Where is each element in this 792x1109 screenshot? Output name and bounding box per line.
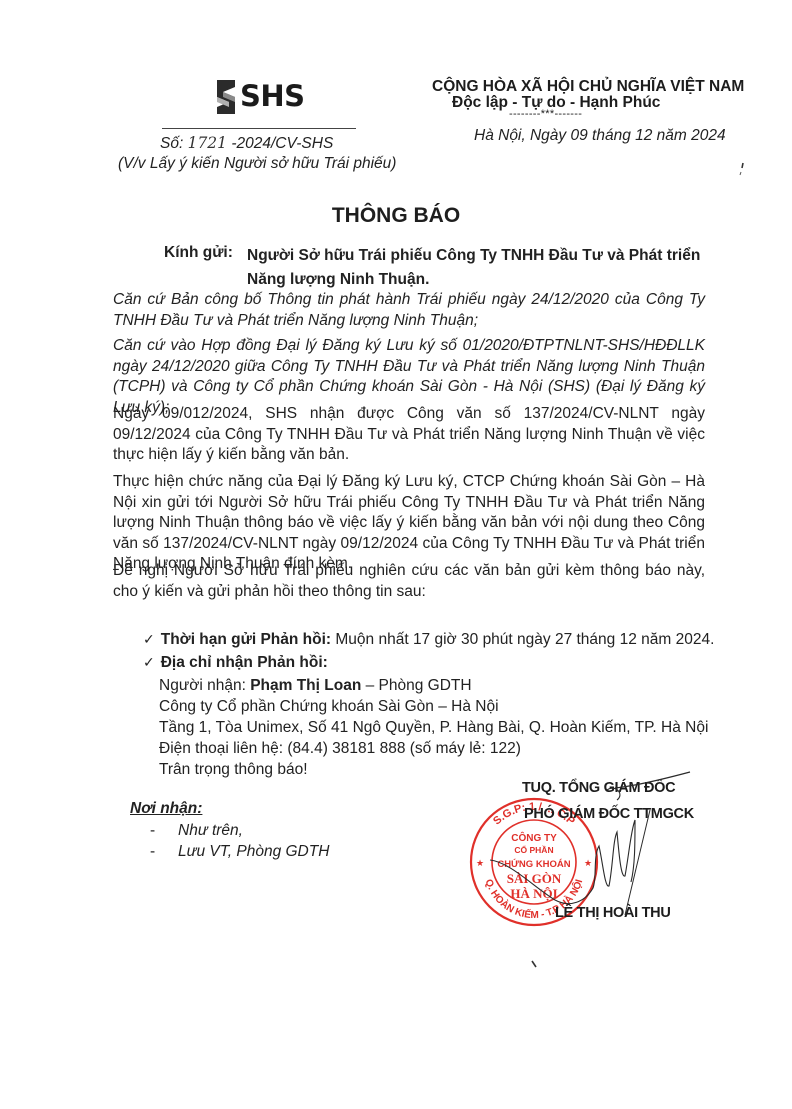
recipient-line: Người nhận: Phạm Thị Loan – Phòng GDTH xyxy=(159,676,472,697)
closing-line: Trân trọng thông báo! xyxy=(159,760,308,781)
paragraph-basis-1: Căn cứ Bản công bố Thông tin phát hành T… xyxy=(113,290,705,331)
document-date: Hà Nội, Ngày 09 tháng 12 năm 2024 xyxy=(474,127,726,145)
check-icon: ✓ xyxy=(143,655,155,671)
recipients-label: Nơi nhận: xyxy=(130,800,202,818)
street-line: Tầng 1, Tòa Unimex, Số 41 Ngô Quyền, P. … xyxy=(159,718,708,739)
handwritten-number: 1721 xyxy=(188,134,227,152)
separator: --------***------- xyxy=(509,108,582,120)
pen-mark-icon xyxy=(739,162,744,176)
company-line: Công ty Cổ phần Chứng khoán Sài Gòn – Hà… xyxy=(159,697,499,718)
addressee-label: Kính gửi: xyxy=(164,244,233,262)
check-icon: ✓ xyxy=(143,632,155,648)
document-subject: (V/v Lấy ý kiến Người sở hữu Trái phiếu) xyxy=(118,155,396,173)
logo-text: SHS xyxy=(240,79,305,113)
header-divider xyxy=(162,128,356,129)
paragraph-request: Đề nghị Người Sở hữu Trái phiếu nghiên c… xyxy=(113,561,705,602)
phone-line: Điện thoại liên hệ: (84.4) 38181 888 (số… xyxy=(159,739,521,760)
addressee-text: Người Sở hữu Trái phiếu Công Ty TNHH Đầu… xyxy=(247,244,717,292)
recipient-item: -Lưu VT, Phòng GDTH xyxy=(150,843,329,861)
recipient-item: -Như trên, xyxy=(150,822,243,840)
paragraph-function: Thực hiện chức năng của Đại lý Đăng ký L… xyxy=(113,472,705,575)
handwritten-signature-icon xyxy=(475,770,735,930)
bullet-deadline: ✓Thời hạn gửi Phản hồi: Muộn nhất 17 giờ… xyxy=(143,631,714,649)
document-number: Số: 1721 -2024/CV-SHS xyxy=(160,134,333,153)
paragraph-receipt: Ngày 09/012/2024, SHS nhận được Công văn… xyxy=(113,404,705,466)
pen-mark-icon xyxy=(531,960,537,968)
bullet-address: ✓Địa chỉ nhận Phản hồi: xyxy=(143,654,328,672)
page-title: THÔNG BÁO xyxy=(0,204,792,228)
